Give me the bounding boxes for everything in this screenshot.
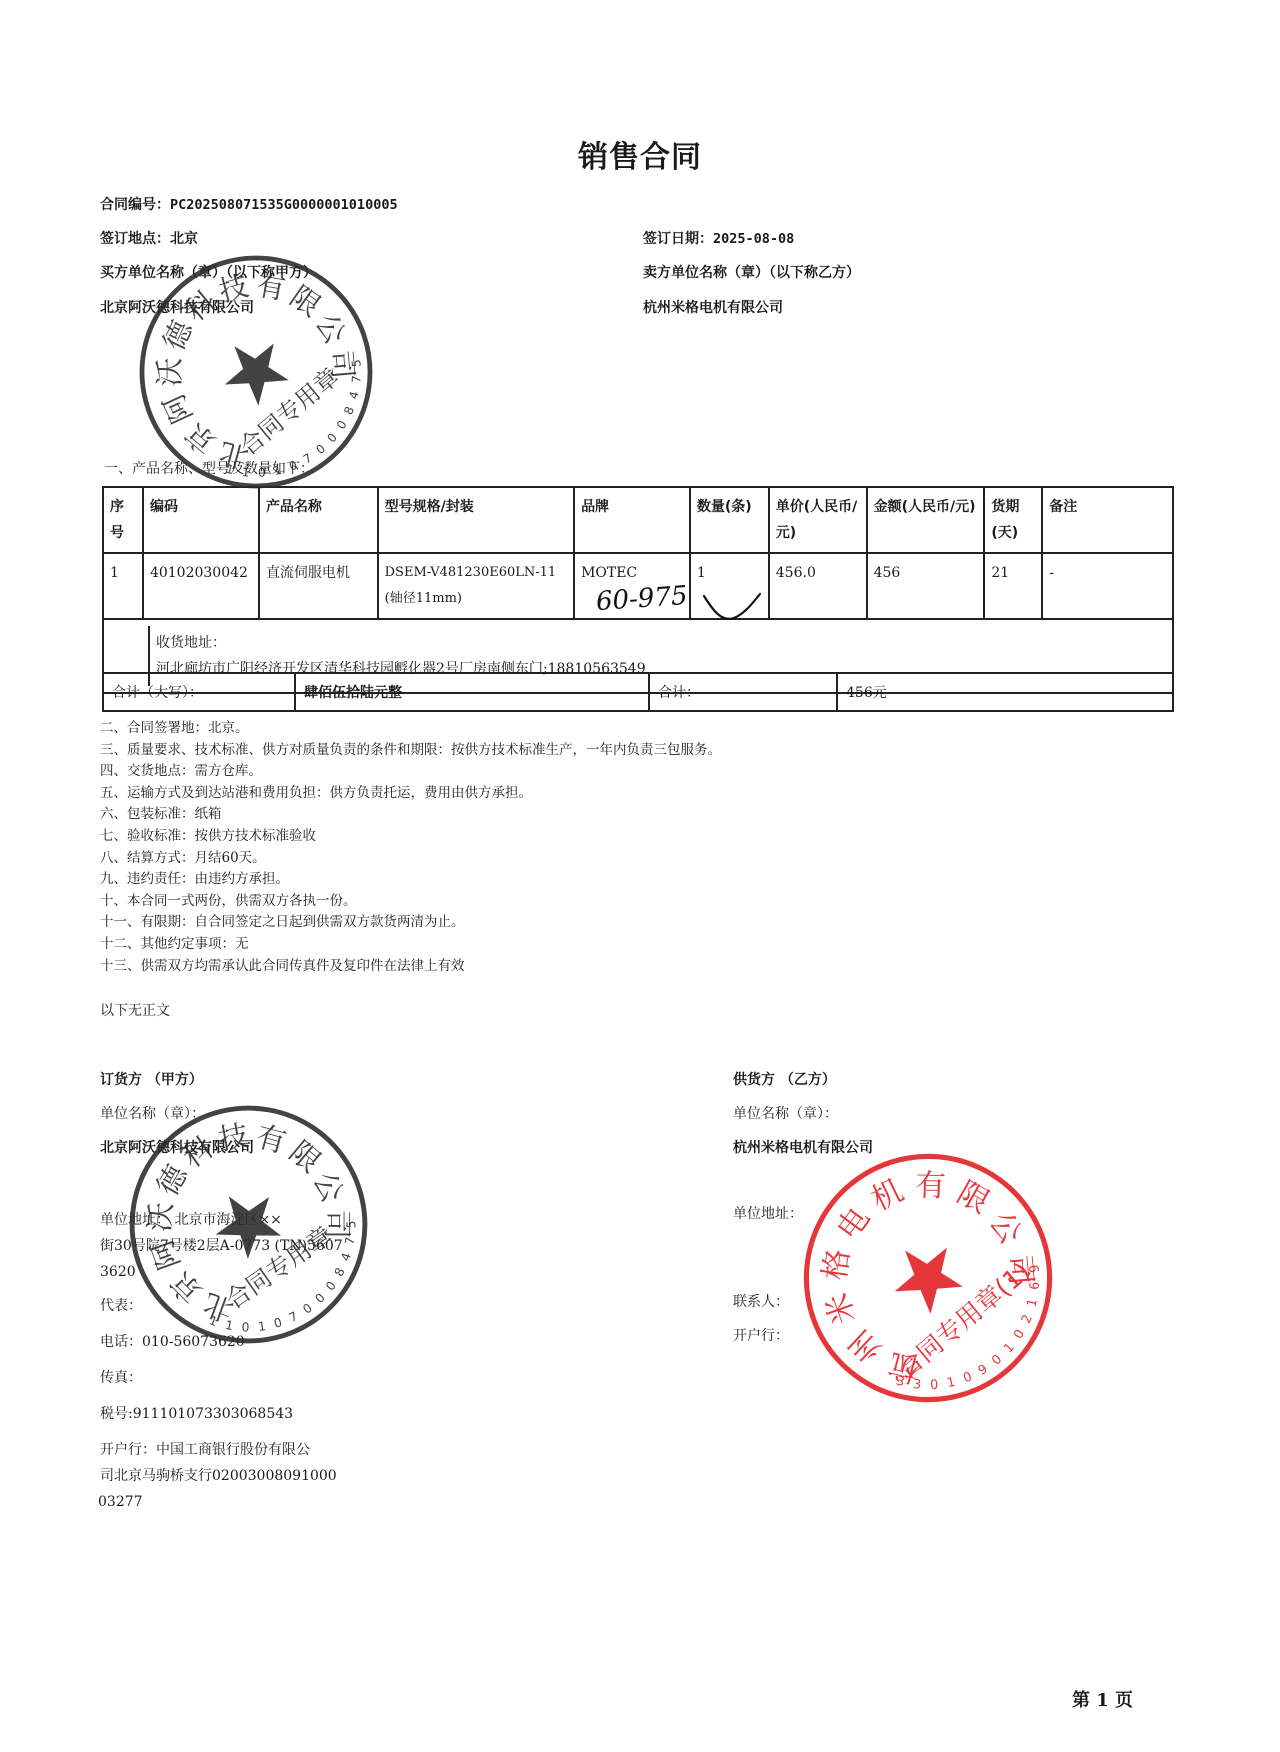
cell-remark: - (1042, 553, 1173, 619)
header-seq: 序号 (103, 487, 143, 553)
svg-text:格: 格 (817, 1247, 857, 1283)
svg-text:0: 0 (930, 1378, 939, 1393)
svg-text:限: 限 (283, 1134, 327, 1179)
seller-name: 杭州米格电机有限公司 (643, 297, 783, 317)
sign-date: 签订日期：2025-08-08 (643, 228, 794, 248)
cell-unit-price: 456.0 (769, 553, 867, 619)
svg-text:机: 机 (866, 1172, 909, 1218)
seller-heading: 供货方 （乙方） (733, 1070, 836, 1090)
seller-header: 卖方单位名称（章）（以下称乙方） (643, 262, 860, 282)
header-lead-time: 货期(天) (984, 487, 1042, 553)
svg-text:0: 0 (287, 458, 299, 474)
clause: 十三、供需双方均需承认此合同传真件及复印件在法律上有效 (100, 956, 721, 978)
svg-text:0: 0 (258, 465, 266, 479)
svg-text:1: 1 (1024, 1297, 1040, 1308)
svg-text:1: 1 (224, 1318, 234, 1333)
buyer-tax-value: 91110107330306854 (133, 1406, 284, 1422)
svg-text:阿: 阿 (145, 1235, 187, 1274)
svg-text:8: 8 (341, 404, 357, 416)
buyer-bank-value: 中国工商银行股份有限公 (156, 1442, 310, 1458)
svg-text:0: 0 (241, 1320, 249, 1334)
cell-code: 40102030042 (143, 553, 259, 619)
svg-text:限: 限 (951, 1175, 995, 1221)
svg-text:1: 1 (946, 1375, 957, 1391)
sign-place-value: 北京 (170, 231, 198, 247)
sign-date-value: 2025-08-08 (713, 231, 794, 247)
delivery-address-label: 收货地址： (156, 630, 1160, 656)
contract-number: 合同编号：PC202508071535G0000001010005 (100, 194, 398, 214)
handwritten-note: 60-975 (595, 581, 688, 617)
buyer-bank-line2: 司北京马驹桥支行02003008091000 (100, 1466, 337, 1486)
sign-place-label: 签订地点： (100, 231, 170, 247)
svg-text:沃: 沃 (142, 1201, 178, 1233)
buyer-tax-label: 税号: (100, 1406, 133, 1422)
clause: 五、运输方式及到达站港和费用负担：供方负责托运，费用由供方承担。 (100, 783, 721, 805)
header-code: 编码 (143, 487, 259, 553)
svg-text:公: 公 (982, 1205, 1029, 1251)
header-product-name: 产品名称 (259, 487, 378, 553)
totals-table: 合计（大写）： 肆佰伍拾陆元整 合计： 456元 (102, 672, 1174, 712)
seller-bank-label: 开户行： (733, 1326, 789, 1346)
contract-clauses: 二、合同签署地：北京。 三、质量要求、技术标准、供方对质量负责的条件和期限：按供… (100, 718, 721, 977)
svg-text:7: 7 (301, 451, 315, 467)
svg-text:3: 3 (912, 1377, 922, 1393)
svg-text:0: 0 (324, 430, 340, 445)
total-upper-label: 合计（大写）： (103, 673, 295, 711)
svg-text:有: 有 (254, 268, 288, 306)
svg-text:京: 京 (164, 1264, 209, 1309)
svg-text:0: 0 (334, 418, 350, 432)
svg-text:7: 7 (343, 1236, 358, 1246)
svg-text:9: 9 (1027, 1264, 1043, 1273)
buyer-tax: 税号:911101073303068543 (100, 1404, 293, 1424)
svg-text:阿: 阿 (156, 388, 199, 428)
seller-contact-label: 联系人： (733, 1292, 789, 1312)
svg-text:京: 京 (178, 416, 222, 461)
seller-company-seal: 杭州米格电机有限公司合同专用章(1)3301090102169 (800, 1150, 1056, 1406)
svg-text:1: 1 (257, 1319, 267, 1334)
cell-model: DSEM-V481230E60LN-11(轴径11mm) (378, 553, 574, 619)
contract-number-label: 合同编号： (100, 197, 170, 213)
svg-text:0: 0 (313, 441, 328, 457)
svg-text:5: 5 (344, 1221, 358, 1229)
header-quantity: 数量(条) (690, 487, 769, 553)
total-value: 456元 (837, 673, 1173, 711)
cell-seq: 1 (103, 553, 143, 619)
sign-place: 签订地点：北京 (100, 228, 198, 248)
contract-number-value: PC202508071535G0000001010005 (170, 197, 398, 213)
clause: 八、结算方式：月结60天。 (100, 848, 721, 870)
svg-text:公: 公 (307, 1167, 350, 1208)
svg-text:4: 4 (346, 390, 361, 401)
clause: 七、验收标准：按供方技术标准验收 (100, 826, 721, 848)
buyer-company-seal: 北京阿沃德科技有限公司合同专用章1101070008475 (136, 252, 376, 492)
clause: 二、合同签署地：北京。 (100, 718, 721, 740)
svg-text:技: 技 (215, 268, 252, 308)
buyer-tax-suffix: 3 (284, 1406, 293, 1422)
svg-text:沃: 沃 (153, 358, 187, 387)
svg-text:1: 1 (241, 465, 250, 480)
total-label: 合计： (649, 673, 837, 711)
svg-text:9: 9 (976, 1362, 991, 1379)
svg-text:0: 0 (961, 1369, 974, 1386)
seller-address-label: 单位地址： (733, 1204, 803, 1224)
sign-date-label: 签订日期： (643, 231, 713, 247)
svg-text:5: 5 (349, 359, 364, 368)
cell-amount: 456 (867, 553, 985, 619)
svg-text:科: 科 (176, 1130, 220, 1175)
clause: 十二、其他约定事项：无 (100, 934, 721, 956)
header-model: 型号规格/封装 (378, 487, 574, 553)
svg-text:0: 0 (989, 1352, 1005, 1369)
svg-text:米: 米 (819, 1288, 863, 1329)
header-remark: 备注 (1042, 487, 1173, 553)
svg-text:公: 公 (309, 308, 353, 350)
buyer-bank-line3: 03277 (98, 1492, 143, 1512)
buyer-bank-label: 开户行： (100, 1442, 156, 1458)
svg-text:0: 0 (323, 1279, 339, 1294)
header-unit-price: 单价(人民币/元) (769, 487, 867, 553)
svg-text:0: 0 (1011, 1327, 1028, 1342)
svg-text:1: 1 (273, 463, 283, 478)
svg-text:7: 7 (287, 1309, 300, 1325)
svg-text:科: 科 (178, 283, 222, 328)
svg-text:0: 0 (313, 1291, 328, 1306)
header-brand: 品牌 (574, 487, 690, 553)
cell-product-name: 直流伺服电机 (259, 553, 378, 619)
svg-text:电: 电 (830, 1201, 877, 1247)
table-header-row: 序号 编码 产品名称 型号规格/封装 品牌 数量(条) 单价(人民币/元) 金额… (103, 487, 1173, 553)
svg-text:8: 8 (332, 1265, 348, 1278)
buyer-bank-line1: 开户行：中国工商银行股份有限公 (100, 1440, 310, 1460)
seller-unit-name-label: 单位名称（章）： (733, 1104, 838, 1124)
end-note: 以下无正文 (100, 1000, 170, 1020)
clause: 四、交货地点：需方仓库。 (100, 761, 721, 783)
clause: 十一、有限期：自合同签定之日起到供需双方款货两清为止。 (100, 912, 721, 934)
svg-text:技: 技 (216, 1118, 251, 1157)
page-number: 第 1 页 (1072, 1686, 1133, 1712)
svg-text:4: 4 (338, 1251, 354, 1263)
buyer-heading: 订货方 （甲方） (100, 1070, 203, 1090)
svg-text:1: 1 (1001, 1340, 1018, 1356)
checkmark-icon (700, 590, 764, 626)
svg-text:2: 2 (1019, 1313, 1036, 1326)
svg-text:0: 0 (300, 1301, 314, 1317)
svg-text:6: 6 (1027, 1281, 1043, 1290)
header-amount: 金额(人民币/元) (867, 487, 985, 553)
clause: 六、包装标准：纸箱 (100, 804, 721, 826)
clause: 九、违约责任：由违约方承担。 (100, 869, 721, 891)
buyer-company-seal: 北京阿沃德科技有限公司合同专用章1101070008475 (126, 1102, 371, 1347)
svg-text:7: 7 (349, 375, 364, 384)
svg-text:有: 有 (253, 1119, 290, 1159)
buyer-fax-label: 传真： (100, 1368, 142, 1388)
cell-lead-time: 21 (984, 553, 1042, 619)
svg-text:有: 有 (915, 1167, 947, 1204)
clause: 十、本合同一式两份，供需双方各执一份。 (100, 891, 721, 913)
clause: 三、质量要求、技术标准、供方对质量负责的条件和期限：按供方技术标准生产，一年内负… (100, 740, 721, 762)
svg-text:0: 0 (272, 1315, 283, 1331)
total-upper-value: 肆佰伍拾陆元整 (295, 673, 649, 711)
svg-text:州: 州 (842, 1322, 889, 1369)
document-title: 销售合同 (0, 132, 1280, 176)
